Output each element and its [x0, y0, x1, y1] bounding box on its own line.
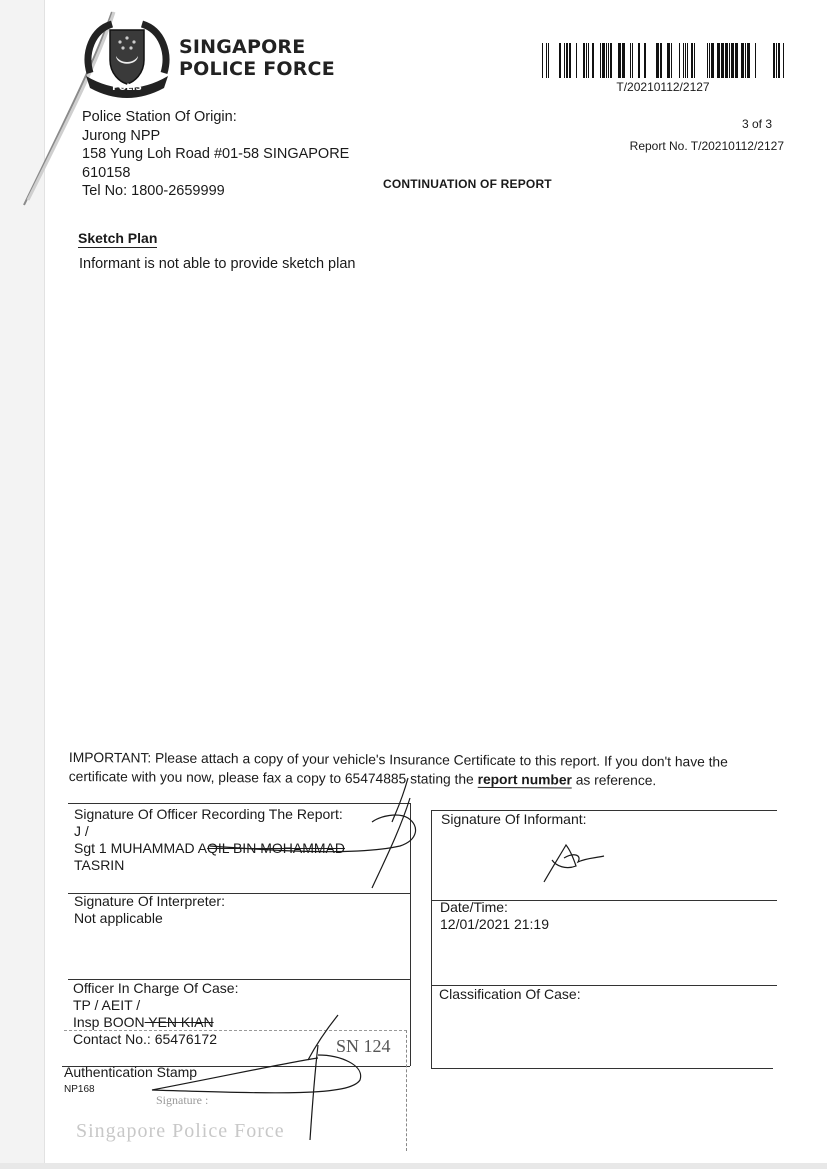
oic-name-struck: YEN KIAN: [145, 1014, 214, 1030]
oic-unit: TP / AEIT /: [73, 997, 238, 1014]
important-notice: IMPORTANT: Please attach a copy of your …: [69, 748, 779, 791]
origin-tel: Tel No: 1800-2659999: [82, 182, 349, 201]
report-barcode: [542, 43, 784, 78]
page-indicator: 3 of 3: [742, 117, 772, 131]
officer-recording-name: Sgt 1 MUHAMMAD AQIL BIN MOHAMMAD: [74, 840, 345, 857]
authentication-section: Authentication Stamp NP168: [64, 1064, 197, 1098]
divider: [431, 810, 432, 1068]
authentication-code: NP168: [64, 1081, 197, 1098]
stamp-number: SN 124: [336, 1036, 391, 1057]
classification-label: Classification Of Case:: [439, 986, 581, 1003]
origin-address-line2: 610158: [82, 164, 349, 183]
officer-name-struck: QIL BIN MOHAMMAD: [207, 840, 345, 856]
officer-recording-name-line2: TASRIN: [74, 857, 345, 874]
divider: [410, 803, 411, 1066]
officer-recording-section: Signature Of Officer Recording The Repor…: [74, 806, 345, 874]
datetime-label: Date/Time:: [440, 899, 549, 916]
authentication-label: Authentication Stamp: [64, 1064, 197, 1081]
notice-emphasis: report number: [478, 772, 572, 789]
station-of-origin: Police Station Of Origin: Jurong NPP 158…: [82, 108, 349, 201]
datetime-section: Date/Time: 12/01/2021 21:19: [440, 899, 549, 933]
scan-left-margin: [0, 0, 45, 1169]
oic-label: Officer In Charge Of Case:: [73, 980, 238, 997]
brand-name: SINGAPORE POLICE FORCE: [179, 36, 335, 80]
barcode-text: T/20210112/2127: [542, 80, 784, 94]
interpreter-label: Signature Of Interpreter:: [74, 893, 225, 910]
report-number: Report No. T/20210112/2127: [630, 139, 784, 153]
oic-name: Insp BOON YEN KIAN: [73, 1014, 238, 1031]
interpreter-section: Signature Of Interpreter: Not applicable: [74, 893, 225, 927]
stamp-organization: Singapore Police Force: [76, 1120, 285, 1143]
scan-bottom-margin: [0, 1163, 827, 1169]
divider: [68, 803, 410, 804]
origin-station: Jurong NPP: [82, 127, 349, 146]
classification-section: Classification Of Case:: [439, 986, 581, 1003]
divider: [431, 1068, 773, 1069]
officer-recording-label: Signature Of Officer Recording The Repor…: [74, 806, 345, 823]
sketch-plan-heading: Sketch Plan: [78, 230, 157, 248]
document-title: CONTINUATION OF REPORT: [383, 177, 552, 191]
datetime-value: 12/01/2021 21:19: [440, 916, 549, 933]
notice-text-2: as reference.: [572, 773, 656, 789]
police-crest-logo: POLIS: [82, 18, 172, 98]
informant-signature: [544, 845, 604, 882]
oic-name-prefix: Insp BOON: [73, 1014, 145, 1030]
informant-signature-label: Signature Of Informant:: [441, 811, 587, 828]
officer-recording-line1: J /: [74, 823, 345, 840]
svg-text:POLIS: POLIS: [112, 83, 142, 93]
officer-name-prefix: Sgt 1 MUHAMMAD A: [74, 840, 207, 856]
brand-line-2: POLICE FORCE: [179, 58, 335, 80]
origin-address-line1: 158 Yung Loh Road #01-58 SINGAPORE: [82, 145, 349, 164]
interpreter-value: Not applicable: [74, 910, 225, 927]
sketch-plan-text: Informant is not able to provide sketch …: [79, 256, 355, 272]
origin-label: Police Station Of Origin:: [82, 108, 349, 127]
brand-line-1: SINGAPORE: [179, 36, 335, 58]
